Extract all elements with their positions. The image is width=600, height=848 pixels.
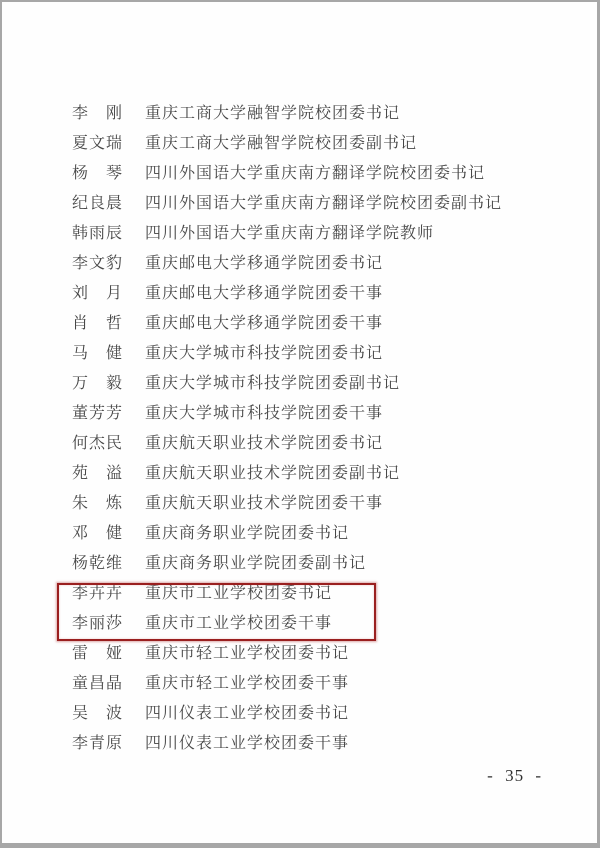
person-name: 韩雨辰: [72, 219, 122, 249]
person-name: 苑溢: [72, 459, 122, 489]
person-title: 重庆市工业学校团委干事: [145, 609, 332, 639]
person-name: 李文豹: [72, 249, 122, 279]
person-name: 夏文瑞: [72, 129, 122, 159]
roster-row: 马健重庆大学城市科技学院团委书记: [2, 339, 597, 369]
person-title: 重庆航天职业技术学院团委书记: [145, 429, 383, 459]
roster-row: 何杰民重庆航天职业技术学院团委书记: [2, 429, 597, 459]
person-name: 万毅: [72, 369, 122, 399]
document-page: 李刚重庆工商大学融智学院校团委书记夏文瑞重庆工商大学融智学院校团委副书记杨琴四川…: [2, 2, 597, 843]
person-title: 四川仪表工业学校团委书记: [145, 699, 349, 729]
person-title: 重庆航天职业技术学院团委干事: [145, 489, 383, 519]
person-name: 何杰民: [72, 429, 122, 459]
person-name: 杨乾维: [72, 549, 122, 579]
person-title: 重庆大学城市科技学院团委副书记: [145, 369, 400, 399]
person-title: 重庆邮电大学移通学院团委书记: [145, 249, 383, 279]
person-title: 四川仪表工业学校团委干事: [145, 729, 349, 759]
person-title: 重庆邮电大学移通学院团委干事: [145, 279, 383, 309]
roster-row: 李刚重庆工商大学融智学院校团委书记: [2, 99, 597, 129]
roster-list: 李刚重庆工商大学融智学院校团委书记夏文瑞重庆工商大学融智学院校团委副书记杨琴四川…: [2, 99, 597, 759]
scanned-document: { "page": { "number_label": "- 35 -", "b…: [0, 0, 600, 848]
roster-row: 纪良晨四川外国语大学重庆南方翻译学院校团委副书记: [2, 189, 597, 219]
person-title: 四川外国语大学重庆南方翻译学院校团委副书记: [145, 189, 502, 219]
roster-row: 李卉卉重庆市工业学校团委书记: [2, 579, 597, 609]
roster-row: 李丽莎重庆市工业学校团委干事: [2, 609, 597, 639]
person-title: 重庆商务职业学院团委副书记: [145, 549, 366, 579]
roster-row: 杨琴四川外国语大学重庆南方翻译学院校团委书记: [2, 159, 597, 189]
person-name: 李卉卉: [72, 579, 122, 609]
person-title: 重庆市轻工业学校团委干事: [145, 669, 349, 699]
roster-row: 韩雨辰四川外国语大学重庆南方翻译学院教师: [2, 219, 597, 249]
person-title: 重庆邮电大学移通学院团委干事: [145, 309, 383, 339]
person-name: 雷娅: [72, 639, 122, 669]
roster-row: 万毅重庆大学城市科技学院团委副书记: [2, 369, 597, 399]
roster-row: 董芳芳重庆大学城市科技学院团委干事: [2, 399, 597, 429]
roster-row: 杨乾维重庆商务职业学院团委副书记: [2, 549, 597, 579]
roster-row: 童昌晶重庆市轻工业学校团委干事: [2, 669, 597, 699]
roster-row: 李青原四川仪表工业学校团委干事: [2, 729, 597, 759]
roster-row: 朱炼重庆航天职业技术学院团委干事: [2, 489, 597, 519]
person-title: 重庆大学城市科技学院团委书记: [145, 339, 383, 369]
person-title: 重庆航天职业技术学院团委副书记: [145, 459, 400, 489]
roster-row: 刘月重庆邮电大学移通学院团委干事: [2, 279, 597, 309]
person-name: 邓健: [72, 519, 122, 549]
person-name: 董芳芳: [72, 399, 122, 429]
person-title: 重庆工商大学融智学院校团委副书记: [145, 129, 417, 159]
person-name: 马健: [72, 339, 122, 369]
roster-row: 夏文瑞重庆工商大学融智学院校团委副书记: [2, 129, 597, 159]
roster-row: 吴波四川仪表工业学校团委书记: [2, 699, 597, 729]
roster-row: 李文豹重庆邮电大学移通学院团委书记: [2, 249, 597, 279]
roster-row: 邓健重庆商务职业学院团委书记: [2, 519, 597, 549]
person-name: 朱炼: [72, 489, 122, 519]
person-name: 刘月: [72, 279, 122, 309]
page-number: - 35 -: [487, 766, 542, 786]
person-title: 重庆商务职业学院团委书记: [145, 519, 349, 549]
person-name: 杨琴: [72, 159, 122, 189]
person-title: 重庆市工业学校团委书记: [145, 579, 332, 609]
roster-row: 雷娅重庆市轻工业学校团委书记: [2, 639, 597, 669]
person-name: 李青原: [72, 729, 122, 759]
person-title: 重庆市轻工业学校团委书记: [145, 639, 349, 669]
person-name: 肖哲: [72, 309, 122, 339]
roster-row: 肖哲重庆邮电大学移通学院团委干事: [2, 309, 597, 339]
person-name: 李丽莎: [72, 609, 122, 639]
person-title: 重庆大学城市科技学院团委干事: [145, 399, 383, 429]
roster-row: 苑溢重庆航天职业技术学院团委副书记: [2, 459, 597, 489]
person-name: 李刚: [72, 99, 122, 129]
person-name: 吴波: [72, 699, 122, 729]
person-title: 重庆工商大学融智学院校团委书记: [145, 99, 400, 129]
person-title: 四川外国语大学重庆南方翻译学院教师: [145, 219, 434, 249]
person-name: 纪良晨: [72, 189, 122, 219]
person-name: 童昌晶: [72, 669, 122, 699]
person-title: 四川外国语大学重庆南方翻译学院校团委书记: [145, 159, 485, 189]
